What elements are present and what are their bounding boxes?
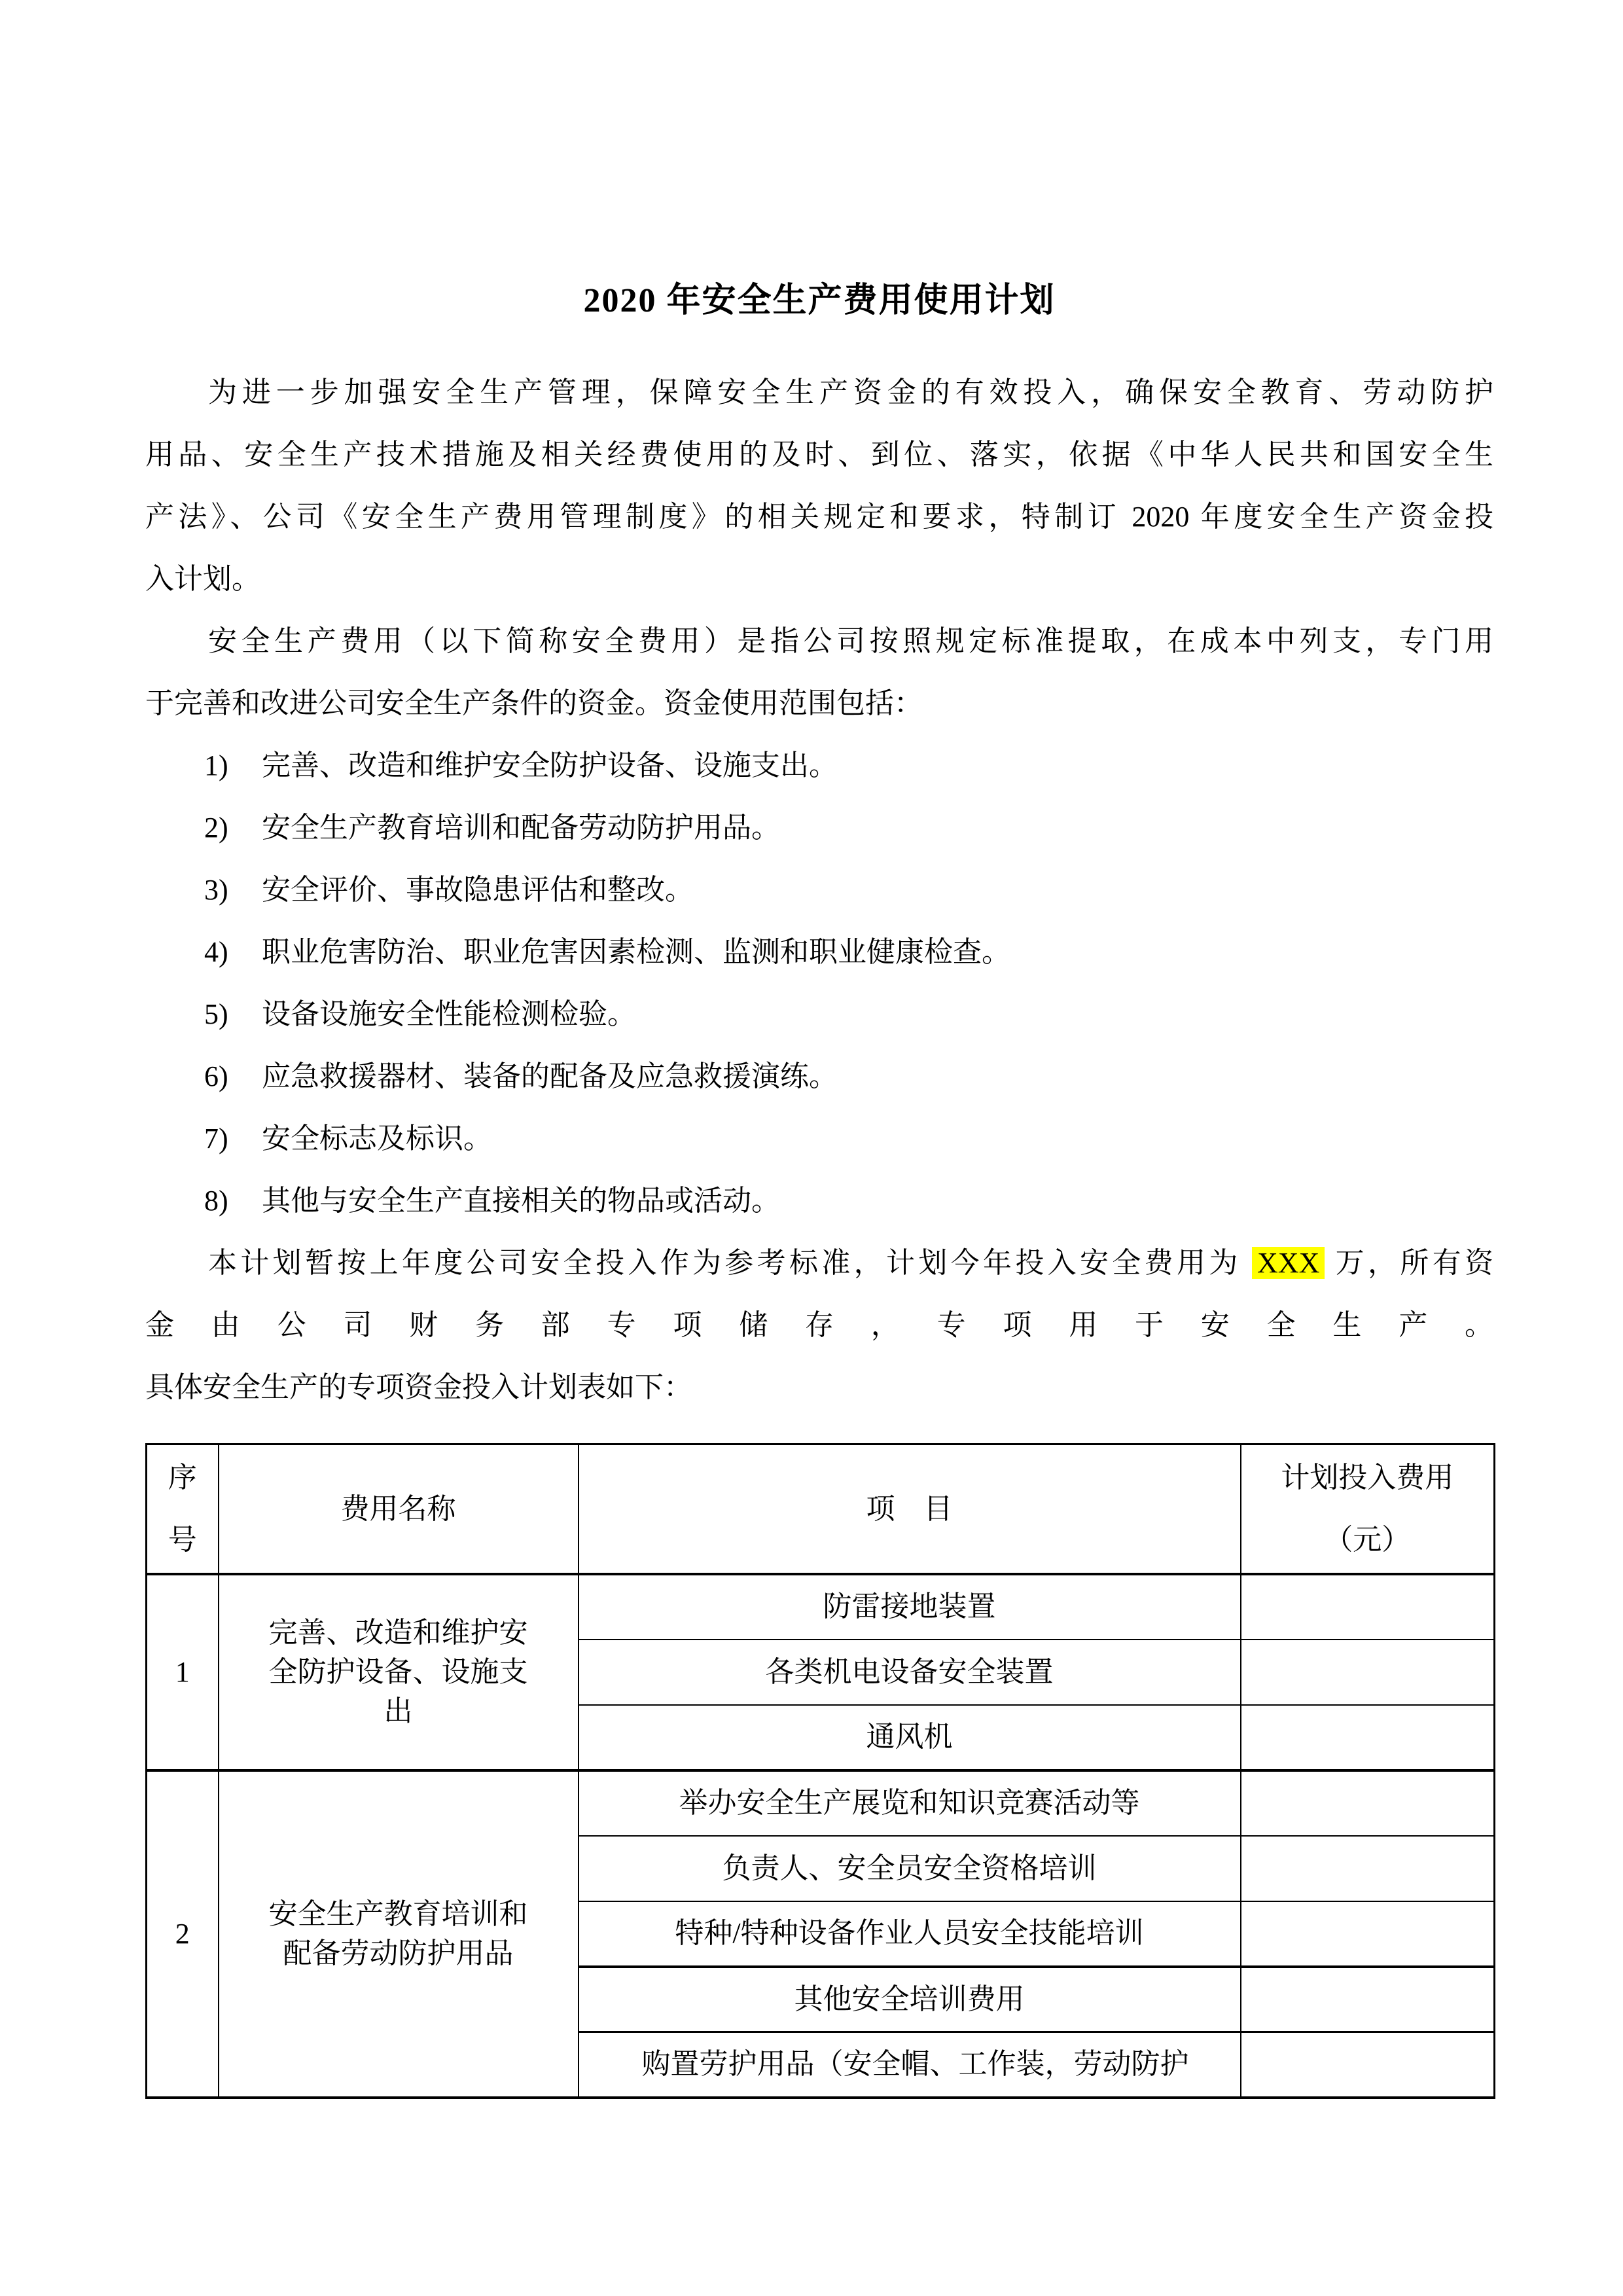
list-item-number: 5) (204, 983, 262, 1045)
plan-text-before-amount: 本计划暂按上年度公司安全投入作为参考标准，计划今年投入安全费用为 (208, 1247, 1252, 1279)
fee-cell (1241, 1705, 1495, 1770)
list-item-number: 4) (204, 921, 262, 983)
header-expense-name: 费用名称 (219, 1444, 579, 1574)
list-item-number: 6) (204, 1045, 262, 1107)
header-seq-line: 序 (147, 1446, 218, 1509)
project-cell: 通风机 (579, 1705, 1241, 1770)
paragraph-line: 用品、安全生产技术措施及相关经费使用的及时、到位、落实，依据《中华人民共和国安全… (145, 423, 1493, 486)
fund-scope-list: 1) 完善、改造和维护安全防护设备、设施支出。 2) 安全生产教育培训和配备劳动… (145, 734, 1493, 1232)
project-cell: 防雷接地装置 (579, 1574, 1241, 1640)
document-content: 2020 年安全生产费用使用计划 为进一步加强安全生产管理，保障安全生产资金的有… (145, 0, 1493, 2099)
paragraph-line: 安全生产费用（以下简称安全费用）是指公司按照规定标准提取，在成本中列支，专门用 (145, 610, 1493, 672)
project-cell: 特种/特种设备作业人员安全技能培训 (579, 1901, 1241, 1967)
intro-paragraph-1: 为进一步加强安全生产管理，保障安全生产资金的有效投入，确保安全教育、劳动防护 用… (145, 361, 1493, 610)
header-seq-line: 号 (147, 1509, 218, 1571)
list-item: 6) 应急救援器材、装备的配备及应急救援演练。 (145, 1045, 1493, 1107)
project-cell: 负责人、安全员安全资格培训 (579, 1836, 1241, 1901)
paragraph-line: 于完善和改进公司安全生产条件的资金。资金使用范围包括： (145, 672, 1493, 734)
paragraph-line: 本计划暂按上年度公司安全投入作为参考标准，计划今年投入安全费用为 XXX 万，所… (145, 1232, 1493, 1294)
project-cell: 购置劳护用品（安全帽、工作装，劳动防护 (579, 2032, 1241, 2098)
header-seq: 序 号 (147, 1444, 219, 1574)
list-item-number: 7) (204, 1107, 262, 1170)
highlighted-amount-placeholder: XXX (1252, 1247, 1325, 1279)
plan-paragraph: 本计划暂按上年度公司安全投入作为参考标准，计划今年投入安全费用为 XXX 万，所… (145, 1232, 1493, 1418)
list-item-text: 职业危害防治、职业危害因素检测、监测和职业健康检查。 (262, 921, 1493, 983)
list-item-text: 安全生产教育培训和配备劳动防护用品。 (262, 797, 1493, 859)
fee-cell (1241, 1574, 1495, 1640)
list-item-text: 安全评价、事故隐患评估和整改。 (262, 859, 1493, 921)
list-item-text: 完善、改造和维护安全防护设备、设施支出。 (262, 734, 1493, 797)
list-item: 4) 职业危害防治、职业危害因素检测、监测和职业健康检查。 (145, 921, 1493, 983)
document-title: 2020 年安全生产费用使用计划 (145, 274, 1493, 329)
paragraph-line: 入计划。 (145, 548, 1493, 610)
document-page: 2020 年安全生产费用使用计划 为进一步加强安全生产管理，保障安全生产资金的有… (0, 0, 1623, 2296)
list-item: 1) 完善、改造和维护安全防护设备、设施支出。 (145, 734, 1493, 797)
list-item: 3) 安全评价、事故隐患评估和整改。 (145, 859, 1493, 921)
project-cell: 其他安全培训费用 (579, 1967, 1241, 2032)
fee-cell (1241, 2032, 1495, 2098)
expense-name-cell: 安全生产教育培训和配备劳动防护用品 (219, 1770, 579, 2098)
fee-cell (1241, 1640, 1495, 1705)
header-fee-line: 计划投入费用 (1241, 1446, 1494, 1509)
table-row: 2 安全生产教育培训和配备劳动防护用品 举办安全生产展览和知识竞赛活动等 (147, 1770, 1495, 1836)
paragraph-line: 金由公司财务部专项储存，专项用于安全生产。 (145, 1294, 1493, 1356)
list-item-number: 2) (204, 797, 262, 859)
list-item-number: 1) (204, 734, 262, 797)
project-cell: 举办安全生产展览和知识竞赛活动等 (579, 1770, 1241, 1836)
list-item-text: 其他与安全生产直接相关的物品或活动。 (262, 1170, 1493, 1232)
paragraph-line: 为进一步加强安全生产管理，保障安全生产资金的有效投入，确保安全教育、劳动防护 (145, 361, 1493, 423)
intro-paragraph-2: 安全生产费用（以下简称安全费用）是指公司按照规定标准提取，在成本中列支，专门用 … (145, 610, 1493, 734)
list-item-text: 安全标志及标识。 (262, 1107, 1493, 1170)
seq-cell: 2 (147, 1770, 219, 2098)
plan-text-after-amount: 万，所有资 (1325, 1247, 1493, 1279)
paragraph-line: 具体安全生产的专项资金投入计划表如下： (145, 1356, 1493, 1418)
expense-name-cell: 完善、改造和维护安全防护设备、设施支出 (219, 1574, 579, 1770)
fee-cell (1241, 1836, 1495, 1901)
list-item-number: 8) (204, 1170, 262, 1232)
fee-cell (1241, 1967, 1495, 2032)
seq-cell: 1 (147, 1574, 219, 1770)
list-item-text: 设备设施安全性能检测检验。 (262, 983, 1493, 1045)
table-header-row: 序 号 费用名称 项 目 计划投入费用 （元） (147, 1444, 1495, 1574)
list-item: 2) 安全生产教育培训和配备劳动防护用品。 (145, 797, 1493, 859)
fee-cell (1241, 1770, 1495, 1836)
list-item: 7) 安全标志及标识。 (145, 1107, 1493, 1170)
expense-plan-table: 序 号 费用名称 项 目 计划投入费用 （元） 1 完善、改造和维护安全防护设备… (145, 1443, 1495, 2099)
list-item: 5) 设备设施安全性能检测检验。 (145, 983, 1493, 1045)
list-item: 8) 其他与安全生产直接相关的物品或活动。 (145, 1170, 1493, 1232)
fee-cell (1241, 1901, 1495, 1967)
header-project: 项 目 (579, 1444, 1241, 1574)
paragraph-line: 产法》、公司《安全生产费用管理制度》的相关规定和要求，特制订 2020 年度安全… (145, 486, 1493, 548)
project-cell: 各类机电设备安全装置 (579, 1640, 1241, 1705)
list-item-text: 应急救援器材、装备的配备及应急救援演练。 (262, 1045, 1493, 1107)
list-item-number: 3) (204, 859, 262, 921)
header-fee-line: （元） (1241, 1509, 1494, 1571)
table-row: 1 完善、改造和维护安全防护设备、设施支出 防雷接地装置 (147, 1574, 1495, 1640)
header-planned-fee: 计划投入费用 （元） (1241, 1444, 1495, 1574)
